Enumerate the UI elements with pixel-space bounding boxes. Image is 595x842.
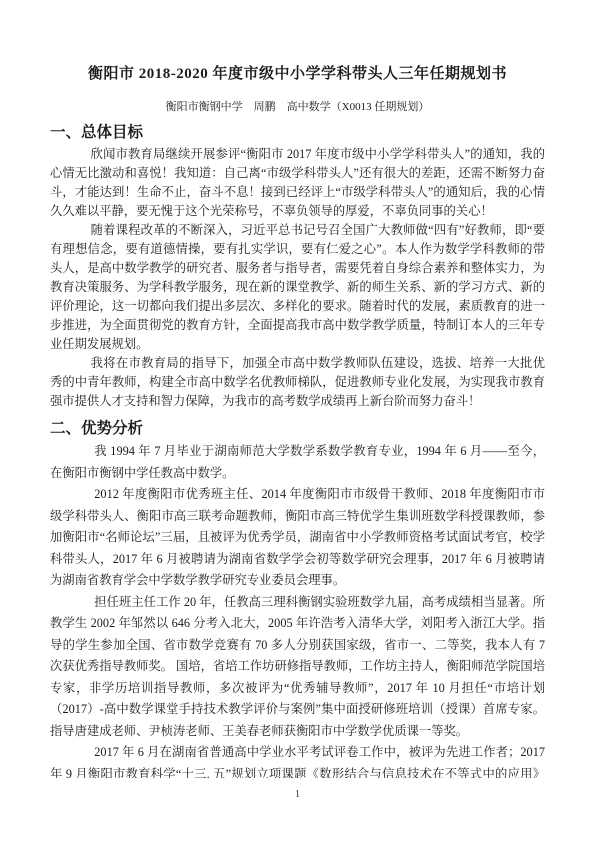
- paragraph: 我 1994 年 7 月毕业于湖南师范大学数学系数学教育专业，1994 年 6 …: [50, 441, 545, 484]
- document-title: 衡阳市 2018-2020 年度市级中小学学科带头人三年任期规划书: [50, 64, 545, 85]
- section-heading-strength-analysis: 二、优势分析: [50, 418, 545, 439]
- section-heading-overall-goals: 一、总体目标: [50, 122, 545, 143]
- page-number: 1: [0, 789, 595, 800]
- paragraph: 随着课程改革的不断深入，习近平总书记号召全国广大教师做“四有”好教师，即“要有理…: [50, 221, 545, 354]
- document-byline: 衡阳市衡钢中学 周鹏 高中数学（X0013 任期规划）: [50, 100, 545, 115]
- document-content: 衡阳市 2018-2020 年度市级中小学学科带头人三年任期规划书 衡阳市衡钢中…: [50, 64, 545, 778]
- paragraph: 2012 年度衡阳市优秀班主任、2014 年度衡阳市市级骨干教师、2018 年度…: [50, 484, 545, 592]
- paragraph: 欣闻市教育局继续开展参评“衡阳市 2017 年度市级中小学学科带头人”的通知，我…: [50, 145, 545, 221]
- document-page: 衡阳市 2018-2020 年度市级中小学学科带头人三年任期规划书 衡阳市衡钢中…: [0, 0, 595, 842]
- paragraph: 担任班主任工作 20 年，任教高三理科衡钢实验班数学九届，高考成绩相当显著。所教…: [50, 592, 545, 743]
- paragraph: 2017 年 6 月在湖南省普通高中学业水平考试评卷工作中，被评为先进工作者；2…: [50, 742, 545, 778]
- paragraph: 我将在市教育局的指导下，加强全市高中数学教师队伍建设，选拔、培养一大批优秀的中青…: [50, 354, 545, 411]
